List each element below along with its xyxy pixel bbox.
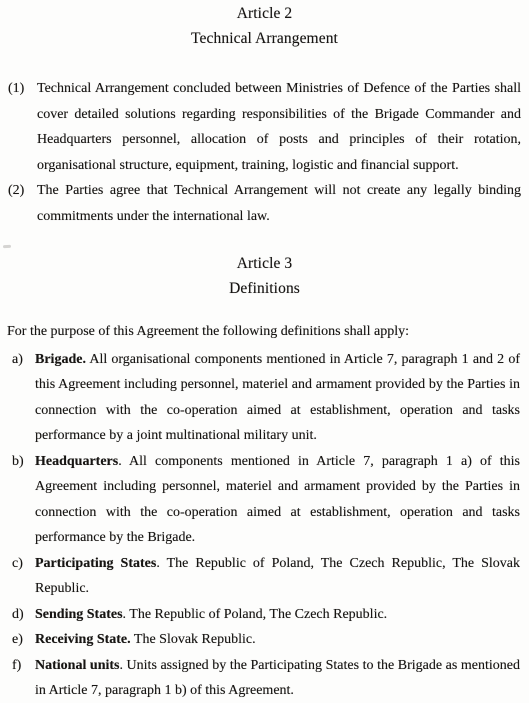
definition-national-units: f)National units. Units assigned by the … [0, 653, 529, 703]
definition-participating-states: c)Participating States. The Republic of … [0, 551, 529, 602]
article2-subheading: Technical Arrangement [0, 26, 529, 51]
definition-c-letter: c) [12, 551, 23, 577]
definition-d-text: . The Republic of Poland, The Czech Repu… [123, 607, 388, 622]
definition-c-term: Participating States [35, 556, 156, 571]
definition-a-text: All organisational components mentioned … [35, 352, 520, 444]
definition-sending-states: d)Sending States. The Republic of Poland… [0, 602, 529, 628]
definition-f-letter: f) [12, 653, 21, 679]
clause-1-number: (1) [8, 76, 24, 102]
definition-b-term: Headquarters [35, 454, 118, 469]
definition-e-term: Receiving State. [35, 632, 131, 647]
article2-clauses: (1)Technical Arrangement concluded betwe… [0, 76, 529, 229]
article3-subheading: Definitions [0, 276, 529, 301]
definition-d-term: Sending States [35, 607, 123, 622]
scan-smudge-artifact [3, 245, 11, 249]
clause-1-text: Technical Arrangement concluded between … [37, 81, 521, 173]
definitions-intro: For the purpose of this Agreement the fo… [0, 319, 529, 345]
definition-receiving-state: e)Receiving State. The Slovak Republic. [0, 627, 529, 653]
definition-d-letter: d) [12, 602, 24, 628]
clause-2-text: The Parties agree that Technical Arrange… [37, 183, 521, 224]
definitions-list: a)Brigade. All organisational components… [0, 347, 529, 703]
definition-f-term: National units [35, 658, 119, 673]
definition-e-letter: e) [12, 627, 23, 653]
clause-1: (1)Technical Arrangement concluded betwe… [0, 76, 529, 178]
definition-brigade: a)Brigade. All organisational components… [0, 347, 529, 449]
definition-a-term: Brigade. [35, 352, 86, 367]
clause-2-number: (2) [8, 178, 24, 204]
document-page: Article 2 Technical Arrangement (1)Techn… [0, 0, 529, 703]
definition-b-letter: b) [12, 449, 24, 475]
clause-2: (2)The Parties agree that Technical Arra… [0, 178, 529, 229]
definition-a-letter: a) [12, 347, 23, 373]
definition-e-text: The Slovak Republic. [131, 632, 256, 647]
definition-headquarters: b)Headquarters. All components mentioned… [0, 449, 529, 551]
article2-heading: Article 2 [0, 0, 529, 26]
article3-heading: Article 3 [0, 251, 529, 276]
